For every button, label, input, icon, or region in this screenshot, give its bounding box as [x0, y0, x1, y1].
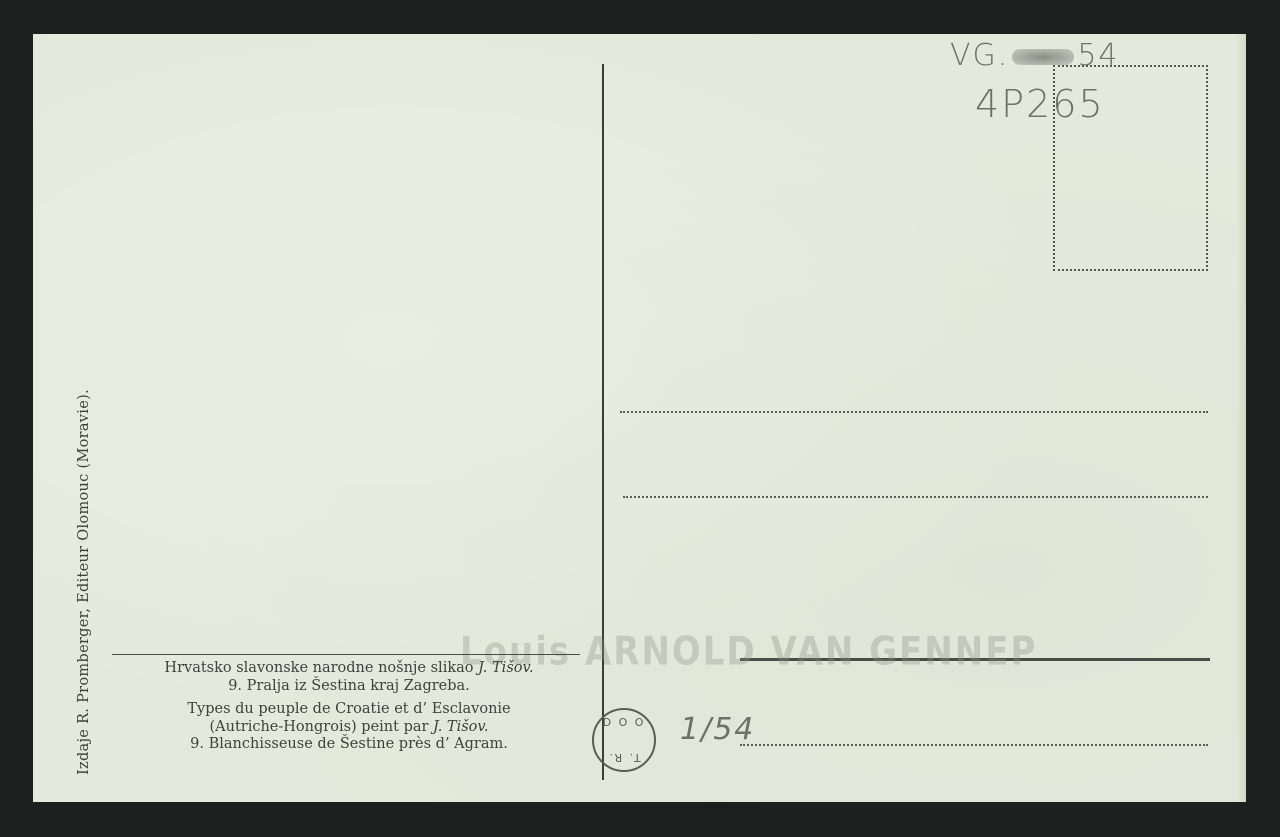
- caption-line-1: Hrvatsko slavonske narodne nošnje slikao…: [104, 660, 594, 678]
- caption-rule: [112, 654, 580, 655]
- handwritten-reference-bottom: 1/54: [680, 712, 755, 747]
- erased-smudge: [1012, 49, 1074, 65]
- caption-line-2: 9. Pralja iz Šestina kraj Zagreba.: [104, 678, 594, 696]
- caption-line-5: 9. Blanchisseuse de Šestine près d’ Agra…: [104, 736, 594, 754]
- publisher-imprint: Izdaje R. Promberger, Editeur Olomouc (M…: [76, 389, 92, 775]
- artist-name: J. Tišov.: [433, 719, 488, 735]
- caption-line-4: (Autriche-Hongrois) peint par J. Tišov.: [104, 719, 594, 737]
- card-edge-shadow: [1236, 34, 1246, 802]
- circle-stamp-icon: D O O T. R.: [592, 708, 656, 772]
- handwritten-reference-middle: 4P265: [975, 82, 1105, 126]
- caption-line-3: Types du peuple de Croatie et d’ Esclavo…: [104, 701, 594, 719]
- caption-block: Hrvatsko slavonske narodne nošnje slikao…: [104, 660, 594, 754]
- address-line-1: [620, 411, 1208, 413]
- artist-name: J. Tišov.: [478, 660, 533, 676]
- address-line-4: [740, 744, 1208, 746]
- address-line-2: [623, 496, 1208, 498]
- handwritten-reference-top: VG.54: [950, 38, 1120, 73]
